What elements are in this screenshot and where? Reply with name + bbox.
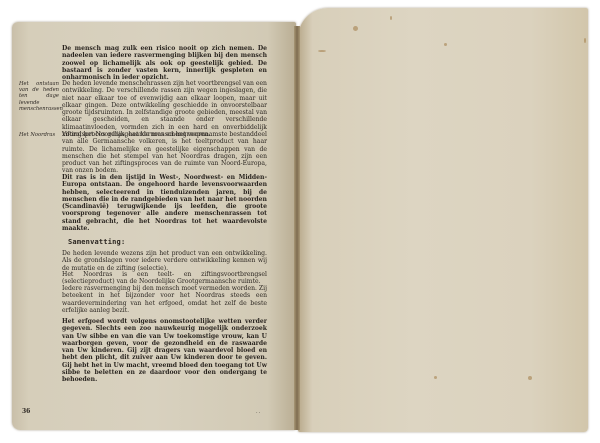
foxing-spot [390, 16, 392, 20]
book-spine [294, 26, 300, 430]
foxing-spot [584, 38, 586, 43]
footer-mark: .. [256, 409, 261, 415]
foxing-spot [353, 26, 358, 31]
foxing-spot [444, 43, 447, 46]
paragraph-heredity: Het erfgoed wordt volgens onomstootelijk… [62, 318, 267, 384]
page-number: 36 [22, 408, 30, 415]
right-page-blank [298, 8, 588, 432]
foxing-spot [434, 376, 437, 379]
paragraph-2: De heden levende menschenrassen zijn het… [62, 80, 267, 138]
paragraph-1: De mensch mag zulk een risico nooit op z… [62, 45, 267, 81]
summary-paragraph-3: Iedere rasvermenging bij den mensch moet… [62, 285, 267, 314]
summary-heading: Samenvatting: [68, 238, 125, 246]
foxing-spot [528, 376, 532, 380]
summary-paragraph-1: De heden levende wezens zijn het product… [62, 250, 267, 272]
paragraph-4: Dit ras is in den ijstijd in West-, Noor… [62, 174, 267, 232]
margin-note-origin: Het ontstaan van de heden ten dage leven… [19, 81, 59, 112]
margin-note-noordras: Het Noordras [19, 132, 59, 138]
summary-paragraph-2: Het Noordras is een teelt- en ziftingsvo… [62, 271, 267, 286]
foxing-spot [318, 50, 326, 52]
open-booklet: De mensch mag zulk een risico nooit op z… [0, 0, 600, 443]
paragraph-3: Vooral het Noordras, het kernras en het … [62, 131, 267, 175]
